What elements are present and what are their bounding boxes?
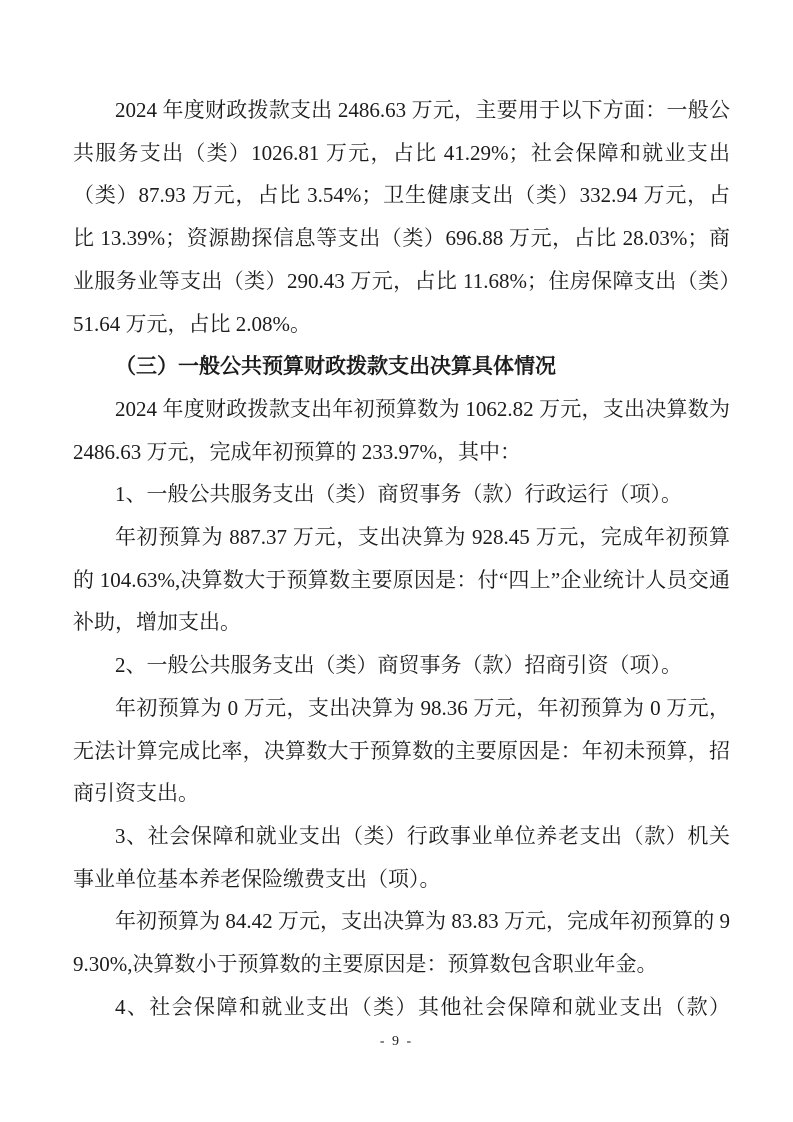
para-item-1-detail: 年初预算为 887.37 万元，支出决算为 928.45 万元，完成年初预算的 … (73, 516, 730, 644)
para-expenditure-breakdown: 2024 年度财政拨款支出 2486.63 万元，主要用于以下方面：一般公共服务… (73, 89, 730, 345)
page-number: - 9 - (0, 1034, 793, 1050)
document-page: 2024 年度财政拨款支出 2486.63 万元，主要用于以下方面：一般公共服务… (0, 0, 793, 1122)
document-body: 2024 年度财政拨款支出 2486.63 万元，主要用于以下方面：一般公共服务… (73, 89, 730, 1028)
para-item-3-title: 3、社会保障和就业支出（类）行政事业单位养老支出（款）机关事业单位基本养老保险缴… (73, 815, 730, 900)
para-item-2-title: 2、一般公共服务支出（类）商贸事务（款）招商引资（项）。 (73, 644, 730, 687)
para-item-4-title: 4、社会保障和就业支出（类）其他社会保障和就业支出（款） (73, 986, 730, 1029)
para-item-2-detail: 年初预算为 0 万元，支出决算为 98.36 万元，年初预算为 0 万元，无法计… (73, 687, 730, 815)
para-budget-vs-final-accounts: 2024 年度财政拨款支出年初预算数为 1062.82 万元，支出决算数为 24… (73, 388, 730, 473)
para-item-3-detail: 年初预算为 84.42 万元，支出决算为 83.83 万元，完成年初预算的 99… (73, 900, 730, 985)
para-item-1-title: 1、一般公共服务支出（类）商贸事务（款）行政运行（项）。 (73, 473, 730, 516)
section-heading-general-budget-expenditure-details: （三）一般公共预算财政拨款支出决算具体情况 (73, 345, 730, 388)
